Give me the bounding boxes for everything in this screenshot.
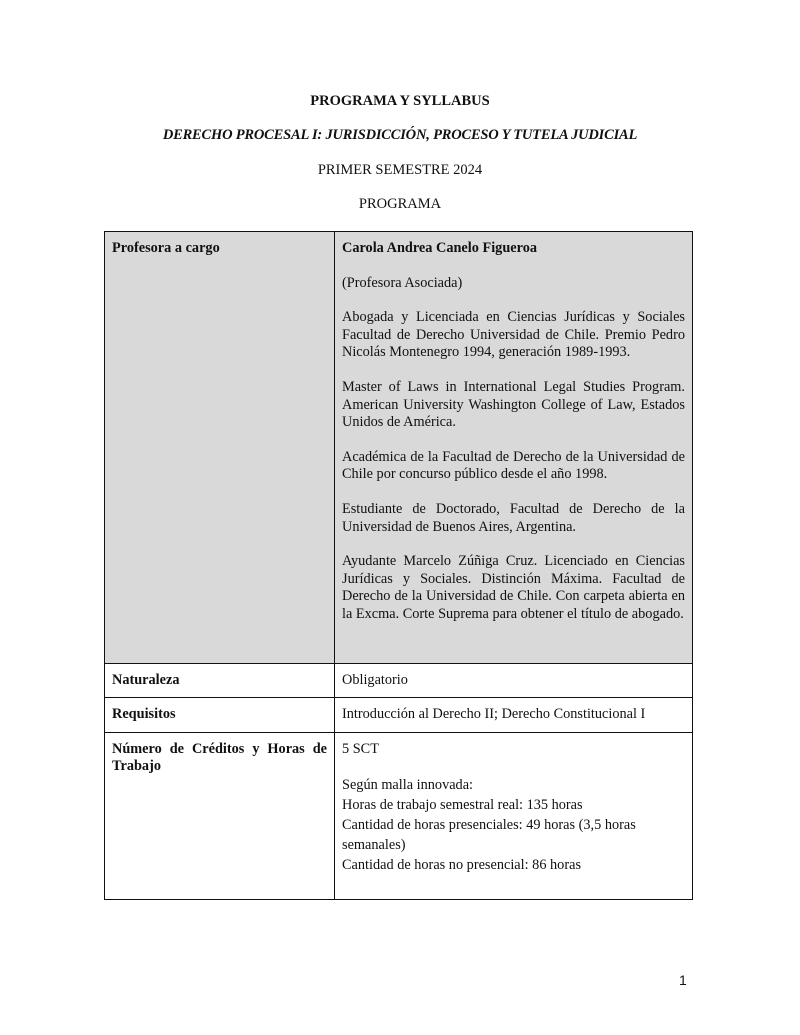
professor-details: Carola Andrea Canelo Figueroa (Profesora… (335, 232, 693, 664)
row-label: Requisitos (105, 698, 335, 733)
page-number: 1 (679, 972, 687, 988)
credits-value: 5 SCT (342, 741, 685, 759)
hours-line: Horas de trabajo semestral real: 135 hor… (342, 795, 685, 815)
table-row-requirements: Requisitos Introducción al Derecho II; D… (105, 698, 693, 733)
semester-label: PRIMER SEMESTRE 2024 (0, 162, 800, 179)
document-title: PROGRAMA Y SYLLABUS (0, 93, 800, 110)
hours-line: Cantidad de horas no presencial: 86 hora… (342, 855, 685, 875)
hours-breakdown: Según malla innovada: Horas de trabajo s… (342, 775, 685, 875)
spacer (342, 641, 685, 655)
hours-line: Cantidad de horas presenciales: 49 horas… (342, 815, 685, 855)
program-table: Profesora a cargo Carola Andrea Canelo F… (104, 231, 693, 900)
hours-line: Según malla innovada: (342, 775, 685, 795)
row-label: Número de Créditos y Horas de Trabajo (105, 732, 335, 899)
professor-name: Carola Andrea Canelo Figueroa (342, 240, 685, 258)
requirements-value: Introducción al Derecho II; Derecho Cons… (335, 698, 693, 733)
professor-doctorate: Estudiante de Doctorado, Facultad de Der… (342, 501, 685, 536)
professor-rank: (Profesora Asociada) (342, 275, 685, 293)
table-row-credits: Número de Créditos y Horas de Trabajo 5 … (105, 732, 693, 899)
section-heading: PROGRAMA (0, 196, 800, 213)
professor-degree: Abogada y Licenciada en Ciencias Jurídic… (342, 309, 685, 362)
credits-details: 5 SCT Según malla innovada: Horas de tra… (335, 732, 693, 899)
professor-academic: Académica de la Facultad de Derecho de l… (342, 449, 685, 484)
nature-value: Obligatorio (335, 663, 693, 698)
row-label: Naturaleza (105, 663, 335, 698)
row-label: Profesora a cargo (105, 232, 335, 664)
table-row-professor: Profesora a cargo Carola Andrea Canelo F… (105, 232, 693, 664)
assistant-info: Ayudante Marcelo Zúñiga Cruz. Licenciado… (342, 553, 685, 623)
table-row-nature: Naturaleza Obligatorio (105, 663, 693, 698)
professor-master: Master of Laws in International Legal St… (342, 379, 685, 432)
course-title: DERECHO PROCESAL I: JURISDICCIÓN, PROCES… (0, 127, 800, 144)
